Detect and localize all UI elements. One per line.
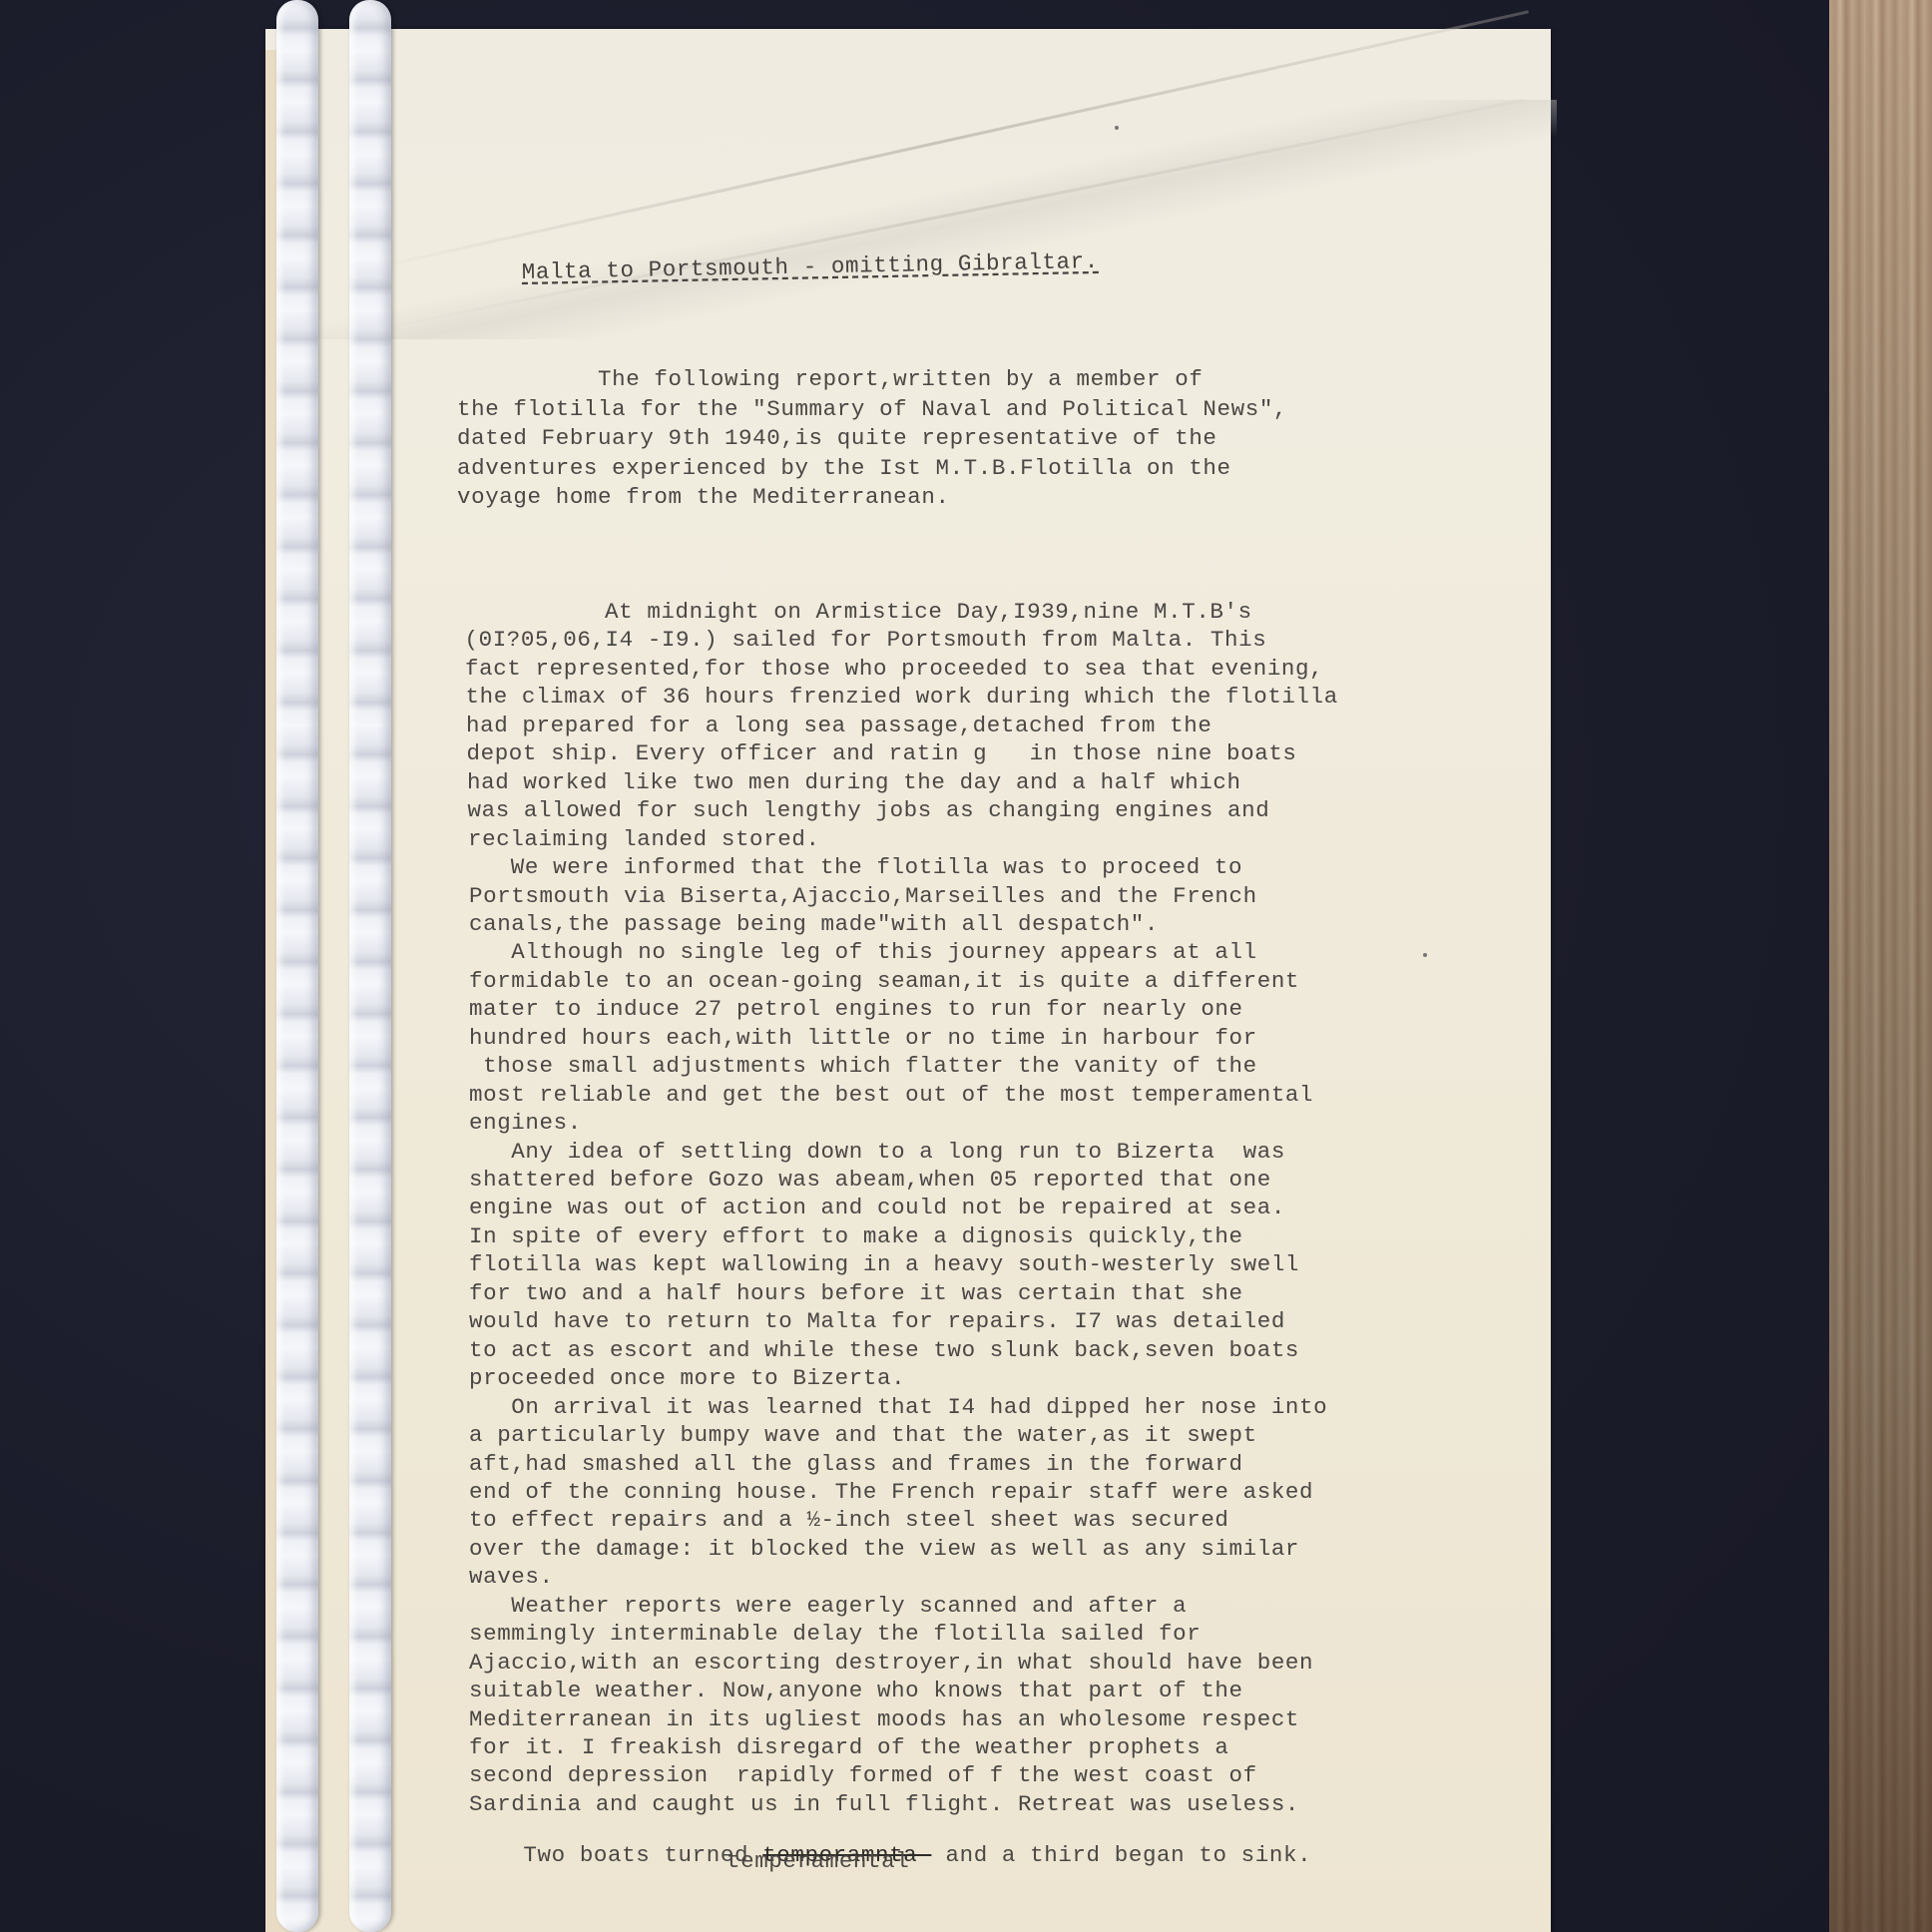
body-line: Ajaccio,with an escorting destroyer,in w… [469, 1652, 1313, 1675]
intro-line: The following report,written by a member… [457, 368, 1203, 391]
body-line: aft,had smashed all the glass and frames… [469, 1453, 1243, 1476]
body-line: reclaiming landed stored. [468, 828, 820, 851]
body-line: end of the conning house. The French rep… [469, 1481, 1313, 1504]
body-line: for two and a half hours before it was c… [469, 1282, 1243, 1305]
body-line: Any idea of settling down to a long run … [469, 1141, 1285, 1164]
body-line: mater to induce 27 petrol engines to run… [469, 998, 1243, 1021]
ink-speck [1115, 126, 1119, 130]
body-line: had prepared for a long sea passage,deta… [466, 715, 1211, 737]
body-line: (0I?05,06,I4 -I9.) sailed for Portsmouth… [465, 629, 1267, 652]
body-line: flotilla was kept wallowing in a heavy s… [469, 1253, 1299, 1276]
body-line: shattered before Gozo was abeam,when 05 … [469, 1169, 1271, 1192]
body-line: Weather reports were eagerly scanned and… [469, 1595, 1187, 1618]
intro-line: voyage home from the Mediterranean. [457, 486, 950, 509]
body-line: On arrival it was learned that I4 had di… [469, 1396, 1327, 1419]
body-line: depot ship. Every officer and ratin g in… [467, 742, 1297, 765]
intro-line: dated February 9th 1940,is quite represe… [457, 427, 1217, 450]
body-line: engine was out of action and could not b… [469, 1197, 1285, 1219]
body-line: most reliable and get the best out of th… [469, 1084, 1313, 1107]
body-line: those small adjustments which flatter th… [469, 1055, 1257, 1078]
wood-table-edge [1829, 0, 1932, 1932]
body-line: Mediterranean in its ugliest moods has a… [469, 1708, 1299, 1731]
handwritten-correction: temperamental [726, 1850, 909, 1873]
body-line: suitable weather. Now,anyone who knows t… [469, 1680, 1243, 1702]
body-line: canals,the passage being made"with all d… [469, 913, 1159, 936]
body-line: would have to return to Malta for repair… [469, 1310, 1285, 1333]
body-line: We were informed that the flotilla was t… [469, 856, 1243, 879]
body-line: over the damage: it blocked the view as … [469, 1538, 1299, 1561]
body-line: semmingly interminable delay the flotill… [469, 1623, 1201, 1646]
ink-speck [1423, 953, 1427, 957]
body-line: the climax of 36 hours frenzied work dur… [466, 686, 1338, 709]
body-line: to act as escort and while these two slu… [469, 1339, 1299, 1362]
body-line: At midnight on Armistice Day,I939,nine M… [464, 601, 1252, 624]
last-line-after: and a third began to sink. [931, 1842, 1311, 1868]
body-line: proceeded once more to Bizerta. [469, 1367, 905, 1390]
body-line: formidable to an ocean-going seaman,it i… [469, 970, 1299, 993]
body-line: Although no single leg of this journey a… [469, 941, 1257, 964]
binding-cord [349, 0, 391, 1932]
body-line: Sardinia and caught us in full flight. R… [469, 1793, 1299, 1816]
body-line: In spite of every effort to make a digno… [469, 1225, 1243, 1248]
body-line: had worked like two men during the day a… [467, 771, 1241, 794]
body-line: engines. [469, 1112, 582, 1135]
body-line: a particularly bumpy wave and that the w… [469, 1424, 1257, 1447]
body-line: second depression rapidly formed of f th… [469, 1764, 1257, 1787]
intro-line: adventures experienced by the Ist M.T.B.… [457, 457, 1231, 480]
intro-line: the flotilla for the "Summary of Naval a… [457, 398, 1287, 421]
body-line: waves. [469, 1566, 554, 1589]
body-line: Portsmouth via Biserta,Ajaccio,Marseille… [469, 885, 1257, 908]
body-line: hundred hours each,with little or no tim… [469, 1027, 1257, 1050]
body-line: for it. I freakish disregard of the weat… [469, 1736, 1229, 1759]
body-line: to effect repairs and a ½-inch steel she… [469, 1509, 1229, 1532]
body-line: was allowed for such lengthy jobs as cha… [468, 799, 1270, 822]
body-line: fact represented,for those who proceeded… [465, 658, 1323, 681]
binding-cord [276, 0, 318, 1932]
